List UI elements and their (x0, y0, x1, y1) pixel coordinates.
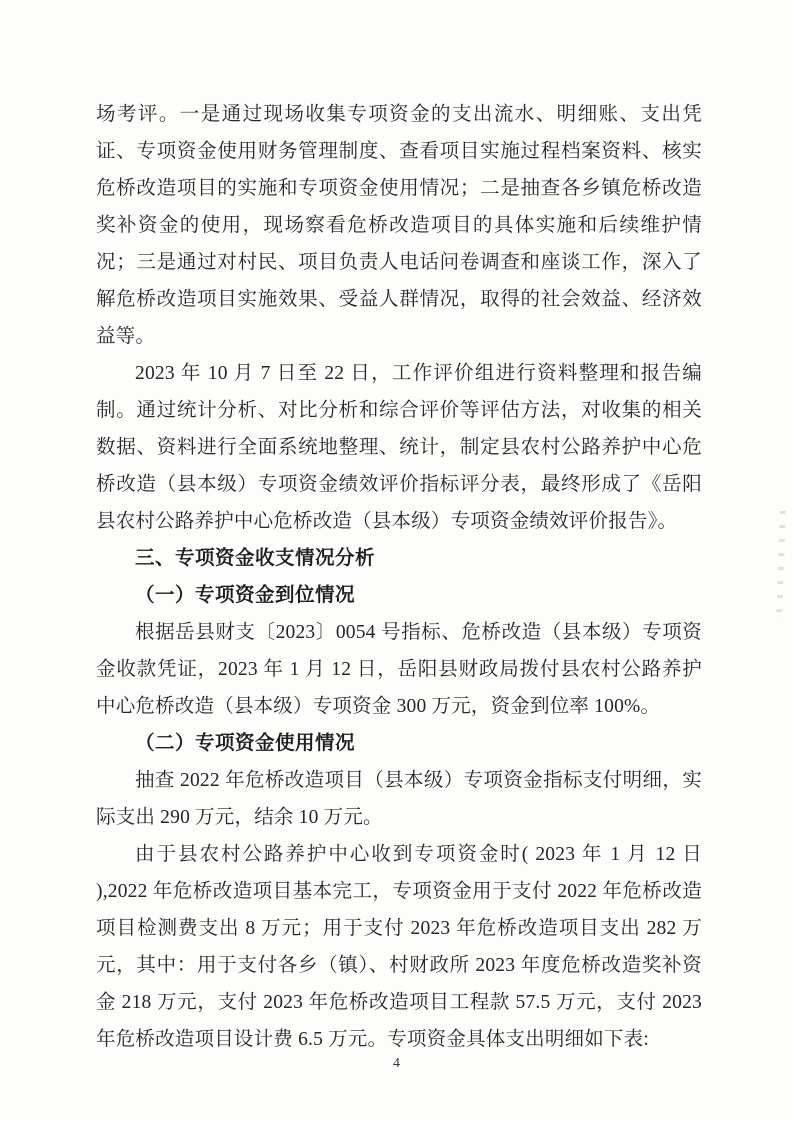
scan-artifact (776, 505, 786, 623)
heading-section-3-2: （二）专项资金使用情况 (96, 725, 702, 762)
paragraph-evaluation-methods: 场考评。一是通过现场收集专项资金的支出流水、明细账、支出凭证、专项资金使用财务管… (96, 96, 702, 355)
paragraph-funds-usage-summary: 抽查 2022 年危桥改造项目（县本级）专项资金指标支付明细，实际支出 290 … (96, 762, 702, 836)
paragraph-funds-arrival: 根据岳县财支〔2023〕0054 号指标、危桥改造（县本级）专项资金收款凭证，2… (96, 614, 702, 725)
page-number: 4 (393, 1057, 400, 1071)
heading-section-3: 三、专项资金收支情况分析 (96, 540, 702, 577)
document-body: 场考评。一是通过现场收集专项资金的支出流水、明细账、支出凭证、专项资金使用财务管… (96, 96, 702, 1058)
paragraph-funds-usage-detail: 由于县农村公路养护中心收到专项资金时( 2023 年 1 月 12 日 ),20… (96, 836, 702, 1058)
page-footer: 4 (0, 1054, 793, 1121)
document-page: 场考评。一是通过现场收集专项资金的支出流水、明细账、支出凭证、专项资金使用财务管… (0, 0, 793, 1121)
paragraph-report-compilation: 2023 年 10 月 7 日至 22 日，工作评价组进行资料整理和报告编制。通… (96, 355, 702, 540)
heading-section-3-1: （一）专项资金到位情况 (96, 577, 702, 614)
